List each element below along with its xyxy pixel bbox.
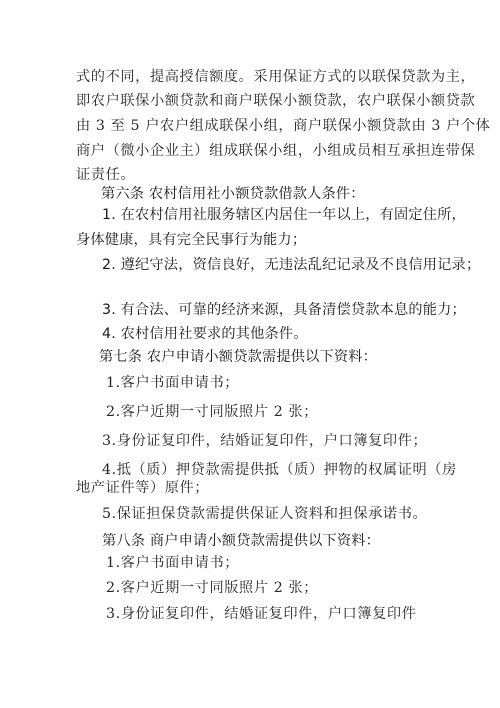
paragraph-line: 即农户联保小额贷款和商户联保小额贷款，农户联保小额贷款 (76, 92, 475, 110)
article-6-heading: 第六条 农村信用社小额贷款借款人条件： (101, 185, 365, 203)
paragraph-line: 证责任。 (76, 166, 135, 184)
article-6-item: 4. 农村信用社要求的其他条件。 (102, 325, 308, 343)
article-7-item: 3.身份证复印件，结婚证复印件，户口簿复印件； (102, 432, 427, 450)
paragraph-line: 商户（微小企业主）组成联保小组，小组成员相互承担连带保 (76, 142, 475, 160)
article-7-item: 5.保证担保贷款需提供保证人资料和担保承诺书。 (102, 505, 427, 523)
article-7-item: 2.客户近期一寸同版照片 2 张； (106, 403, 318, 421)
article-8-item: 2.客户近期一寸同版照片 2 张； (106, 579, 318, 597)
article-8-item: 1.客户书面申请书； (106, 554, 239, 572)
article-7-heading: 第七条 农户申请小额贷款需提供以下资料： (99, 348, 377, 366)
article-6-item: 身体健康，具有完全民事行为能力； (76, 231, 306, 249)
article-6-item: 3. 有合法、可靠的经济来源，具备清偿贷款本息的能力； (102, 301, 466, 319)
article-8-item: 3.身份证复印件，结婚证复印件，户口簿复印件 (106, 605, 417, 623)
article-8-heading: 第八条 商户申请小额贷款需提供以下资料： (102, 532, 380, 550)
article-7-item: 地产证件等）原件； (76, 479, 209, 497)
article-7-item: 4.抵（质）押贷款需提供抵（质）押物的权属证明（房 (102, 461, 457, 479)
paragraph-line: 式的不同，提高授信额度。采用保证方式的以联保贷款为主， (76, 68, 475, 86)
article-6-item: 1. 在农村信用社服务辖区内居住一年以上，有固定住所， (102, 206, 466, 224)
document-page: 式的不同，提高授信额度。采用保证方式的以联保贷款为主， 即农户联保小额贷款和商户… (0, 0, 500, 708)
article-6-item: 2. 遵纪守法，资信良好，无违法乱纪记录及不良信用记录； (102, 256, 480, 274)
article-7-item: 1.客户书面申请书； (106, 374, 239, 392)
paragraph-line: 由 3 至 5 户农户组成联保小组，商户联保小额贷款由 3 户个体 (76, 117, 490, 135)
